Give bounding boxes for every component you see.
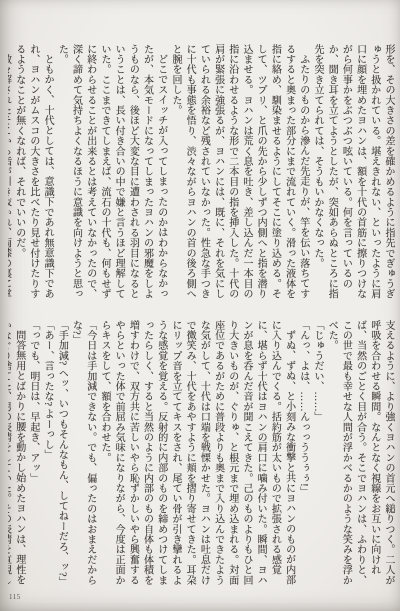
paragraph: 「今日は手加減できない。でも、偏ったのはおまえだからな?」 — [68, 320, 96, 586]
paragraph: 散々解されたそこから指が引き抜かれ、両膝の裏に掌が差し入れられる。腰が浮かさせら… — [8, 44, 12, 308]
paragraph: ふたりのものから滲んだ先走りが、竿を伝い落ちてするすると奥まった部分にまで流れて… — [168, 44, 310, 308]
paragraph: 問答無用とばかりに腰を動かし始めたヨハンは、理性をかなぐり捨てた、男の表情をして… — [8, 320, 26, 586]
text-block-bottom: 支えるように、より強くヨハンの首元へ縋りつく。二人が呼吸を合わせる瞬間。なんとな… — [8, 320, 395, 586]
paragraph: ともかく、十代としては、意識下であれ無意識下であれ、ヨハンがムスコの大きさを比べ… — [12, 44, 55, 308]
paragraph: 支えるように、より強くヨハンの首元へ縋りつく。二人が呼吸を合わせる瞬間。なんとな… — [324, 320, 395, 586]
paragraph: 「手加減? ヘッ、いつもそんなもん、してねーだろ、ッ?」 — [54, 320, 68, 586]
paragraph: 形を、その大きさの差を確かめるように指先でぎゅうぎゅうと扱かれている。堪えきれな… — [310, 44, 395, 308]
paragraph: ずぬ、ずぬ、と小刻みな衝撃と共にヨハンのものが内部に入り込んでくる。括約筋が太い… — [97, 320, 296, 586]
paragraph: 「っでも、明日は、早起き、アッ」 — [26, 320, 40, 586]
paragraph: 「んっ、よは、……んっっううぅぅ!」 — [296, 320, 310, 586]
paragraph: 「あー、言ったな? よーっし」 — [40, 320, 54, 586]
book-page: 形を、その大きさの差を確かめるように指先でぎゅうぎゅうと扱かれている。堪えきれな… — [0, 0, 400, 611]
paragraph: どこでスイッチが入ってしまったのかはわからなかったが、本気モードになってしまった… — [54, 44, 168, 308]
page-number: 115 — [9, 593, 21, 601]
text-block-top: 形を、その大きさの差を確かめるように指先でぎゅうぎゅうと扱かれている。堪えきれな… — [8, 44, 395, 308]
paragraph: 「じゅうだい、……」 — [310, 320, 324, 586]
